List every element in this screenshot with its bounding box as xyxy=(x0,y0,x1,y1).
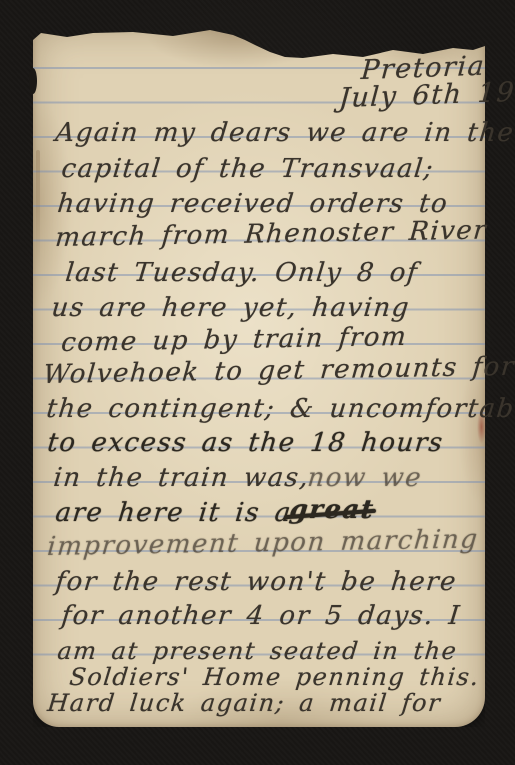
photo-background: Pretoria July 6th 1900 Again my dears we… xyxy=(0,0,515,765)
letter-line: the contingent; & uncomfortable xyxy=(45,394,515,424)
paper-crease xyxy=(36,150,40,270)
letter-line: to excess as the 18 hours xyxy=(46,428,445,458)
letter-line: capital of the Transvaal; xyxy=(60,154,436,184)
letter-line: for another 4 or 5 days. I xyxy=(60,601,462,631)
letter-line: having received orders to xyxy=(56,189,450,219)
letter-line: Hard luck again; a mail for xyxy=(46,688,443,718)
letter-line: come up by train from xyxy=(60,322,409,358)
letter-line: for the rest won't be here xyxy=(54,567,459,597)
paper-notch xyxy=(29,68,37,94)
letter-line: Again my dears we are in the xyxy=(54,118,515,148)
letter-line: are here it is a xyxy=(54,498,293,528)
letter-date: July 6th 1900 xyxy=(338,77,515,114)
letter-line: us are here yet, having xyxy=(50,293,411,323)
letter-line: last Tuesday. Only 8 of xyxy=(64,258,420,288)
letter-line: in the train was, xyxy=(52,463,311,493)
letter-line: now we xyxy=(306,463,424,493)
